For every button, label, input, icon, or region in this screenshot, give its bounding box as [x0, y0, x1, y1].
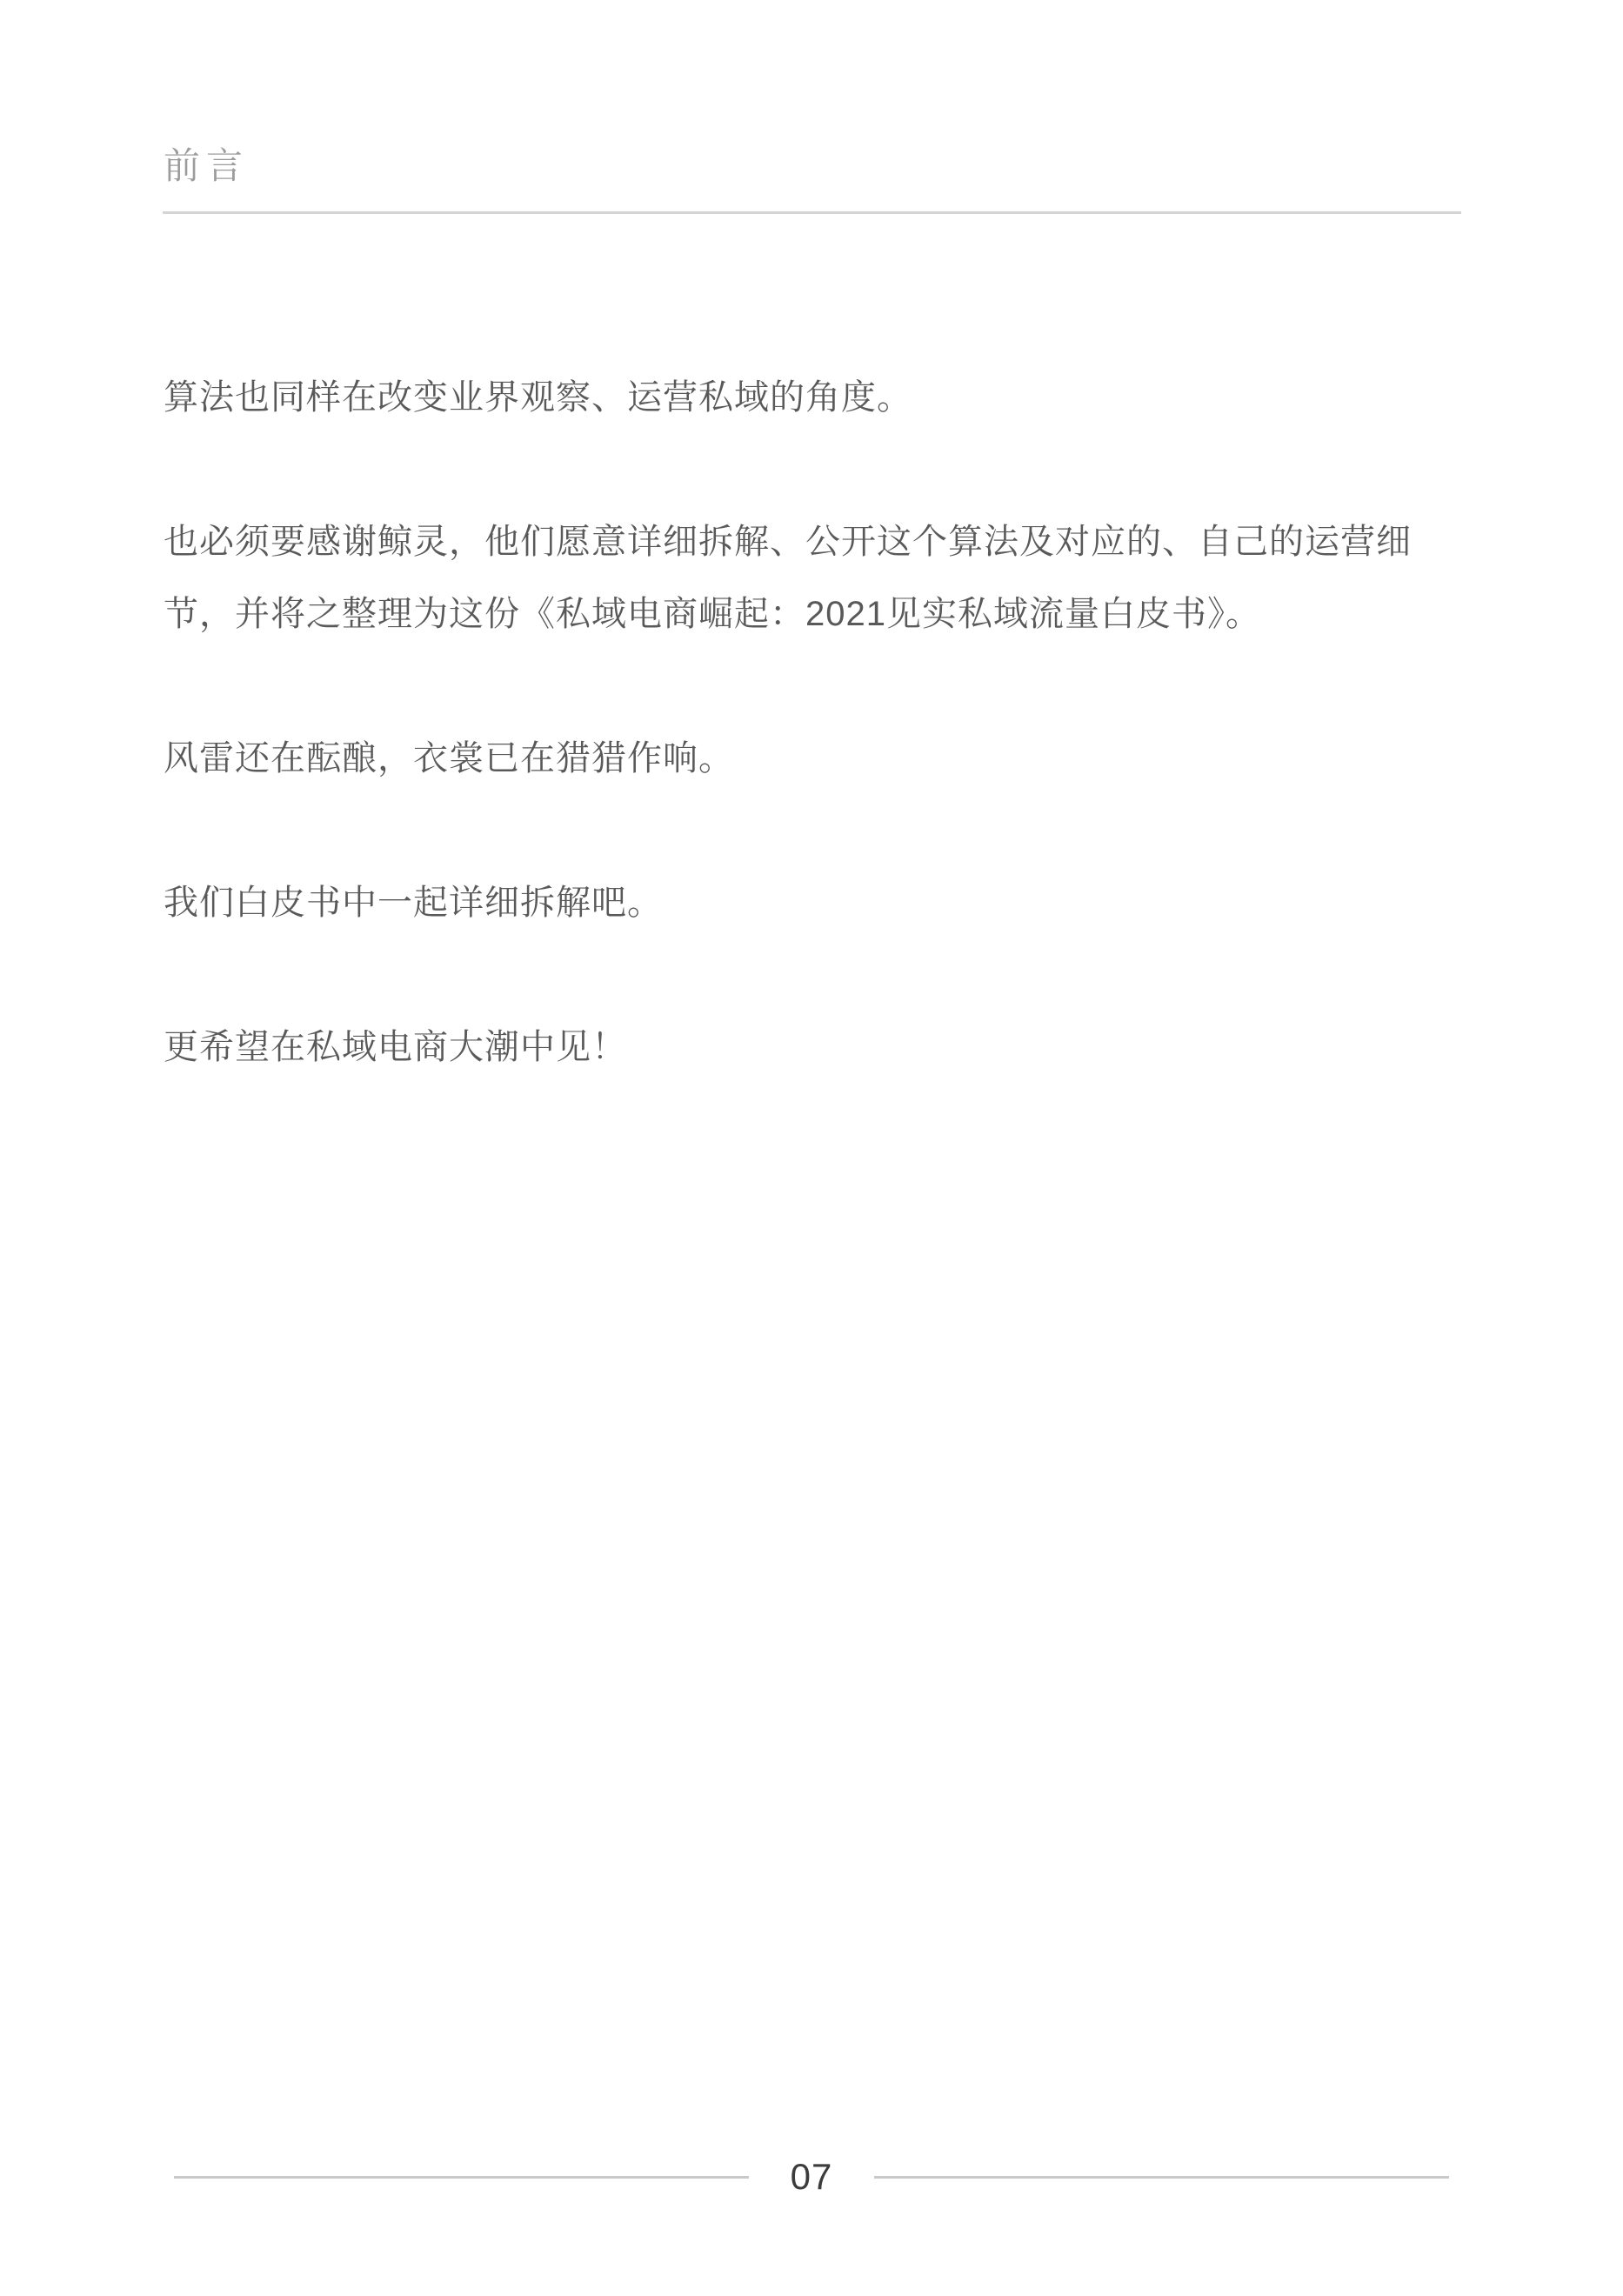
paragraph: 算法也同样在改变业界观察、运营私域的角度。	[164, 362, 1462, 434]
page-number: 07	[791, 2156, 833, 2198]
paragraph: 也必须要感谢鲸灵，他们愿意详细拆解、公开这个算法及对应的、自己的运营细节，并将之…	[164, 506, 1462, 651]
paragraph: 风雷还在酝酿，衣裳已在猎猎作响。	[164, 723, 1462, 795]
header-divider	[163, 211, 1461, 214]
footer-divider-right	[874, 2176, 1449, 2179]
section-title: 前言	[164, 146, 249, 186]
paragraph: 更希望在私域电商大潮中见！	[164, 1011, 1462, 1084]
paragraph: 我们白皮书中一起详细拆解吧。	[164, 867, 1462, 939]
body-content: 算法也同样在改变业界观察、运营私域的角度。 也必须要感谢鲸灵，他们愿意详细拆解、…	[164, 362, 1462, 1156]
page-footer: 07	[0, 2156, 1623, 2198]
footer-divider-left	[174, 2176, 749, 2179]
